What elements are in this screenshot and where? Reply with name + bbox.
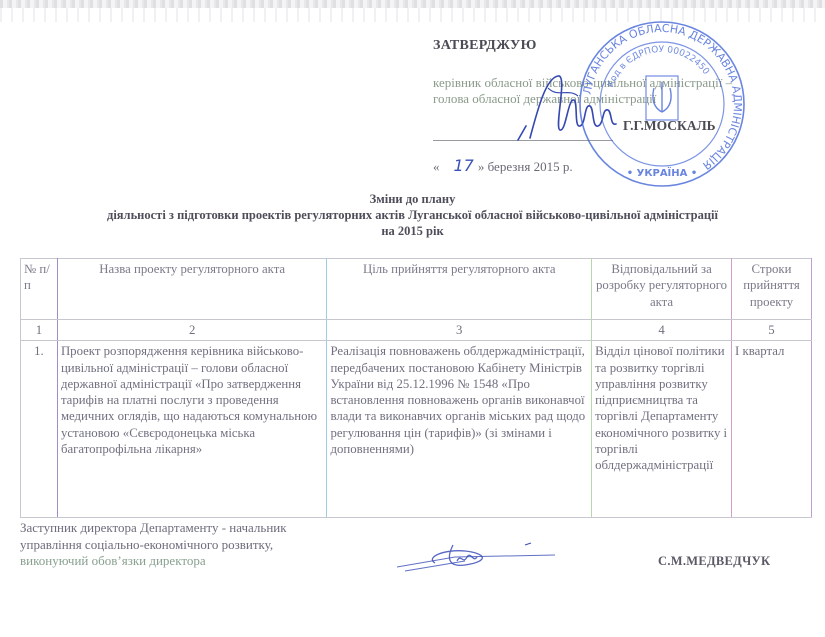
approval-date: «17» березня 2015 р. [433,156,573,175]
footer-signatory-name: С.М.МЕДВЕДЧУК [658,554,770,569]
header-number: № п/п [21,259,58,320]
column-number: 4 [592,320,732,341]
footer-position-line1: Заступник директора Департаменту - начал… [20,520,287,537]
column-number: 3 [327,320,592,341]
column-number: 1 [21,320,58,341]
regulatory-plan-table: № п/п Назва проекту регуляторного акта Ц… [20,258,812,518]
footer-position-line3: виконуючий обов’язки директора [20,553,287,570]
title-line1: Зміни до плану [0,191,825,207]
date-open-quote: « [433,159,440,174]
column-number: 2 [57,320,327,341]
date-day-handwritten: 17 [454,156,474,175]
row-act-goal: Реалізація повноважень облдержадміністра… [327,341,592,518]
footer-signature-icon [395,535,575,575]
footer-signatory-block: Заступник директора Департаменту - начал… [20,520,287,570]
footer-position-line2: управління соціально-економічного розвит… [20,537,287,554]
row-number: 1. [21,341,58,518]
row-deadline: І квартал [732,341,812,518]
header-responsible: Відповідальний за розробку регуляторного… [592,259,732,320]
date-rest: » березня 2015 р. [478,159,573,174]
scan-edge-artifact [0,0,825,8]
title-line3: на 2015 рік [0,223,825,239]
svg-text:• УКРАЇНА •: • УКРАЇНА • [627,165,698,179]
column-number: 5 [732,320,812,341]
table-column-numbers-row: 1 2 3 4 5 [21,320,812,341]
row-responsible: Відділ цінової політики та розвитку торг… [592,341,732,518]
row-act-name: Проект розпорядження керівника військово… [57,341,327,518]
header-deadline: Строки прийняття проекту [732,259,812,320]
document-title: Зміни до плану діяльності з підготовки п… [0,191,825,239]
header-act-goal: Ціль прийняття регуляторного акта [327,259,592,320]
title-line2: діяльності з підготовки проектів регулят… [0,207,825,223]
header-act-name: Назва проекту регуляторного акта [57,259,327,320]
table-header-row: № п/п Назва проекту регуляторного акта Ц… [21,259,812,320]
official-stamp-icon: ЛУГАНСЬКА ОБЛАСНА ДЕРЖАВНА АДМІНІСТРАЦІЯ… [562,14,762,189]
table-row: 1. Проект розпорядження керівника військ… [21,341,812,518]
